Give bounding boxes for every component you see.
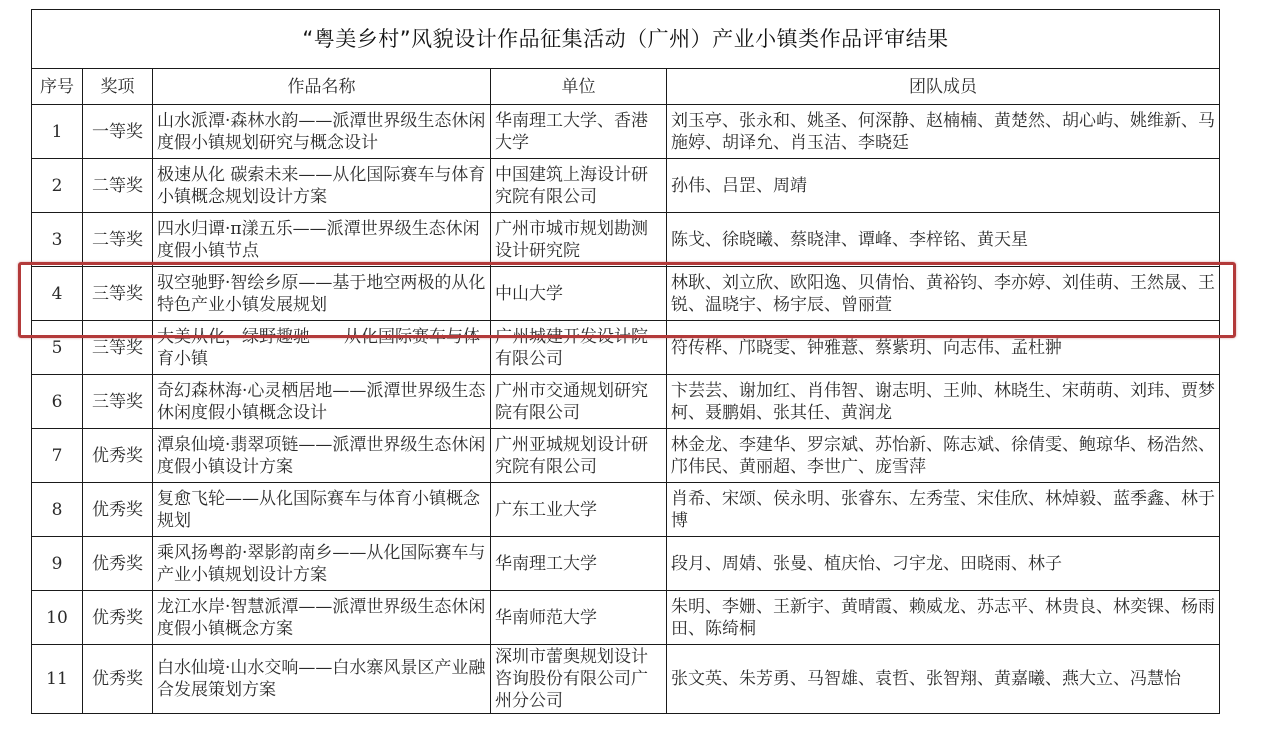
cell-no: 8 (32, 483, 83, 537)
header-award: 奖项 (83, 69, 153, 105)
header-work: 作品名称 (153, 69, 491, 105)
cell-unit: 广东工业大学 (491, 483, 667, 537)
cell-work: 龙江水岸·智慧派潭——派潭世界级生态休闲度假小镇概念方案 (153, 591, 491, 645)
cell-work: 四水归谭·π漾五乐——派潭世界级生态休闲度假小镇节点 (153, 213, 491, 267)
cell-no: 4 (32, 267, 83, 321)
cell-members: 段月、周婧、张曼、植庆怡、刁宇龙、田晓雨、林子 (667, 537, 1220, 591)
cell-unit: 中山大学 (491, 267, 667, 321)
cell-work: 奇幻森林海·心灵栖居地——派潭世界级生态休闲度假小镇概念设计 (153, 375, 491, 429)
table-row: 5 三等奖 大美从化，绿野趣驰——从化国际赛车与体育小镇 广州城建开发设计院有限… (32, 321, 1220, 375)
cell-award: 三等奖 (83, 321, 153, 375)
table-row: 1 一等奖 山水派潭·森林水韵——派潭世界级生态休闲度假小镇规划研究与概念设计 … (32, 105, 1220, 159)
table-row: 8 优秀奖 复愈飞轮——从化国际赛车与体育小镇概念规划 广东工业大学 肖希、宋颂… (32, 483, 1220, 537)
cell-award: 优秀奖 (83, 591, 153, 645)
cell-unit: 广州亚城规划设计研究院有限公司 (491, 429, 667, 483)
cell-no: 5 (32, 321, 83, 375)
header-no: 序号 (32, 69, 83, 105)
cell-unit: 广州城建开发设计院有限公司 (491, 321, 667, 375)
cell-award: 三等奖 (83, 267, 153, 321)
cell-members: 刘玉亭、张永和、姚圣、何深静、赵楠楠、黄楚然、胡心屿、姚维新、马施婷、胡译允、肖… (667, 105, 1220, 159)
table-row: 6 三等奖 奇幻森林海·心灵栖居地——派潭世界级生态休闲度假小镇概念设计 广州市… (32, 375, 1220, 429)
cell-unit: 中国建筑上海设计研究院有限公司 (491, 159, 667, 213)
results-table: “粤美乡村”风貌设计作品征集活动（广州）产业小镇类作品评审结果 序号 奖项 作品… (31, 9, 1220, 714)
cell-award: 一等奖 (83, 105, 153, 159)
table-row: 10 优秀奖 龙江水岸·智慧派潭——派潭世界级生态休闲度假小镇概念方案 华南师范… (32, 591, 1220, 645)
cell-no: 3 (32, 213, 83, 267)
cell-no: 11 (32, 645, 83, 714)
cell-no: 1 (32, 105, 83, 159)
cell-work: 极速从化 碳索未来——从化国际赛车与体育小镇概念规划设计方案 (153, 159, 491, 213)
cell-no: 9 (32, 537, 83, 591)
cell-members: 符传桦、邝晓雯、钟雅薏、蔡紫玥、向志伟、孟杜翀 (667, 321, 1220, 375)
cell-award: 二等奖 (83, 213, 153, 267)
table-row: 11 优秀奖 白水仙境·山水交响——白水寨风景区产业融合发展策划方案 深圳市蕾奥… (32, 645, 1220, 714)
cell-members: 肖希、宋颂、侯永明、张睿东、左秀莹、宋佳欣、林焯毅、蓝季鑫、林于博 (667, 483, 1220, 537)
cell-work: 复愈飞轮——从化国际赛车与体育小镇概念规划 (153, 483, 491, 537)
cell-members: 林金龙、李建华、罗宗斌、苏怡新、陈志斌、徐倩雯、鲍琼华、杨浩然、邝伟民、黄丽超、… (667, 429, 1220, 483)
table-row: 3 二等奖 四水归谭·π漾五乐——派潭世界级生态休闲度假小镇节点 广州市城市规划… (32, 213, 1220, 267)
cell-award: 优秀奖 (83, 645, 153, 714)
cell-no: 6 (32, 375, 83, 429)
cell-unit: 广州市交通规划研究院有限公司 (491, 375, 667, 429)
cell-work: 驭空驰野·智绘乡原——基于地空两极的从化特色产业小镇发展规划 (153, 267, 491, 321)
table-row: 2 二等奖 极速从化 碳索未来——从化国际赛车与体育小镇概念规划设计方案 中国建… (32, 159, 1220, 213)
cell-award: 优秀奖 (83, 483, 153, 537)
cell-members: 林耿、刘立欣、欧阳逸、贝倩怡、黄裕钧、李亦婷、刘佳萌、王然晟、王锐、温晓宇、杨宇… (667, 267, 1220, 321)
cell-members: 朱明、李姗、王新宇、黄晴霞、赖威龙、苏志平、林贵良、林奕锞、杨雨田、陈绮桐 (667, 591, 1220, 645)
cell-award: 优秀奖 (83, 537, 153, 591)
cell-unit: 华南师范大学 (491, 591, 667, 645)
header-unit: 单位 (491, 69, 667, 105)
cell-work: 潭泉仙境·翡翠项链——派潭世界级生态休闲度假小镇设计方案 (153, 429, 491, 483)
cell-no: 2 (32, 159, 83, 213)
cell-unit: 深圳市蕾奥规划设计咨询股份有限公司广州分公司 (491, 645, 667, 714)
cell-award: 二等奖 (83, 159, 153, 213)
cell-members: 卞芸芸、谢加红、肖伟智、谢志明、王帅、林晓生、宋萌萌、刘玮、贾梦柯、聂鹏娟、张其… (667, 375, 1220, 429)
table-row-highlighted: 4 三等奖 驭空驰野·智绘乡原——基于地空两极的从化特色产业小镇发展规划 中山大… (32, 267, 1220, 321)
cell-members: 孙伟、吕罡、周靖 (667, 159, 1220, 213)
header-row: 序号 奖项 作品名称 单位 团队成员 (32, 69, 1220, 105)
cell-award: 三等奖 (83, 375, 153, 429)
cell-work: 白水仙境·山水交响——白水寨风景区产业融合发展策划方案 (153, 645, 491, 714)
table-row: 7 优秀奖 潭泉仙境·翡翠项链——派潭世界级生态休闲度假小镇设计方案 广州亚城规… (32, 429, 1220, 483)
cell-work: 山水派潭·森林水韵——派潭世界级生态休闲度假小镇规划研究与概念设计 (153, 105, 491, 159)
table-title: “粤美乡村”风貌设计作品征集活动（广州）产业小镇类作品评审结果 (32, 10, 1220, 69)
cell-no: 7 (32, 429, 83, 483)
header-members: 团队成员 (667, 69, 1220, 105)
cell-members: 陈戈、徐晓曦、蔡晓津、谭峰、李梓铭、黄天星 (667, 213, 1220, 267)
title-row: “粤美乡村”风貌设计作品征集活动（广州）产业小镇类作品评审结果 (32, 10, 1220, 69)
cell-award: 优秀奖 (83, 429, 153, 483)
table-row: 9 优秀奖 乘风扬粤韵·翠影韵南乡——从化国际赛车与产业小镇规划设计方案 华南理… (32, 537, 1220, 591)
cell-unit: 华南理工大学、香港大学 (491, 105, 667, 159)
cell-work: 大美从化，绿野趣驰——从化国际赛车与体育小镇 (153, 321, 491, 375)
cell-work: 乘风扬粤韵·翠影韵南乡——从化国际赛车与产业小镇规划设计方案 (153, 537, 491, 591)
cell-members: 张文英、朱芳勇、马智雄、袁哲、张智翔、黄嘉曦、燕大立、冯慧怡 (667, 645, 1220, 714)
cell-unit: 广州市城市规划勘测设计研究院 (491, 213, 667, 267)
cell-unit: 华南理工大学 (491, 537, 667, 591)
cell-no: 10 (32, 591, 83, 645)
